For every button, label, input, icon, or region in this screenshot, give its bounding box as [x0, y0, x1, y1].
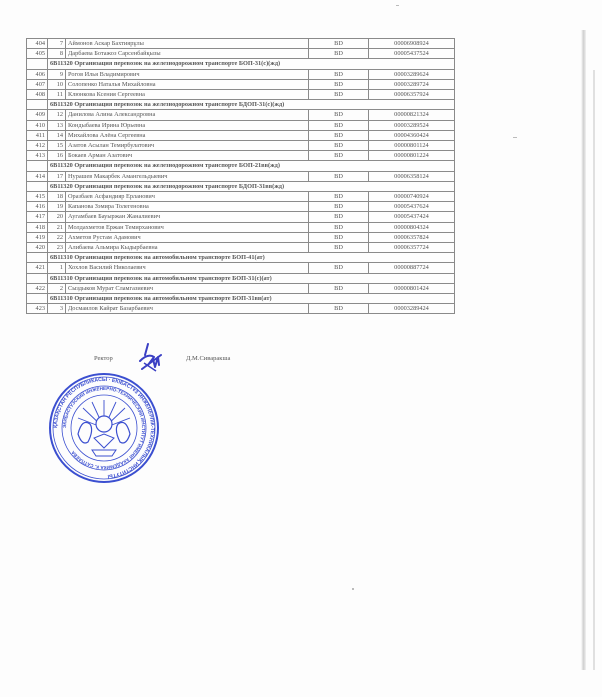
document-code: 00006908924 [369, 39, 455, 49]
group-index: 3 [48, 304, 66, 314]
table-row: 4047Аймонов Аскар БахтиярұлыBD0000690892… [27, 39, 455, 49]
language-code: BD [309, 39, 369, 49]
scan-speck [513, 137, 517, 138]
scan-speck [396, 5, 399, 6]
table-row: 4211Хохлов Василий НиколаевичBD000008877… [27, 263, 455, 273]
student-name: Азатов Асылан Темирбулатович [66, 141, 309, 151]
group-header-spacer [27, 161, 48, 171]
signature-icon [134, 343, 164, 375]
group-index: 8 [48, 49, 66, 59]
scan-shadow-edge-2 [593, 70, 595, 670]
group-index: 18 [48, 192, 66, 202]
table-row: 41821Молдахметов Ержан ТемирхановичBD000… [27, 222, 455, 232]
table-row: 42023Алибаева Альмира КыдырбаевнаBD00006… [27, 243, 455, 253]
rector-name: Д.М.Сиваракша [186, 355, 230, 362]
group-index: 11 [48, 90, 66, 100]
row-number: 414 [27, 171, 48, 181]
student-name: Сыздыков Мурат Сламгазиевич [66, 283, 309, 293]
student-name: Данилова Алина Александровна [66, 110, 309, 120]
official-seal-icon: ҚАЗАҚСТАН РЕСПУБЛИКАСЫ · ЕКІБАСТҰЗ ИНЖЕН… [48, 372, 160, 484]
student-name: Оразбаев Асфандияр Ерланович [66, 192, 309, 202]
document-code: 00003289524 [369, 120, 455, 130]
program-group-header: 6В11320 Организация перевозок на железно… [27, 161, 455, 171]
document-code: 00006358124 [369, 171, 455, 181]
rector-title: Ректор [94, 355, 113, 362]
document-code: 00000801124 [369, 141, 455, 151]
scanned-document-page: 4047Аймонов Аскар БахтиярұлыBD0000690892… [0, 0, 602, 697]
program-group-header: 6В11320 Организация перевозок на железно… [27, 100, 455, 110]
student-name: Бокаев Арман Азатович [66, 151, 309, 161]
student-name: Капанова Зэмира Толегеновна [66, 202, 309, 212]
table-row: 41417Нурашев Макарбек АмангельдыевичBD00… [27, 171, 455, 181]
row-number: 412 [27, 141, 48, 151]
group-index: 9 [48, 69, 66, 79]
language-code: BD [309, 243, 369, 253]
table-row: 4058Дарбаева Ботажоз СарсенбайқызыBD0000… [27, 49, 455, 59]
group-index: 19 [48, 202, 66, 212]
row-number: 410 [27, 120, 48, 130]
group-header-spacer [27, 273, 48, 283]
language-code: BD [309, 69, 369, 79]
group-header-spacer [27, 253, 48, 263]
program-group-header: 6В11320 Организация перевозок на железно… [27, 59, 455, 69]
student-name: Ахметов Рустам Адамович [66, 232, 309, 242]
language-code: BD [309, 151, 369, 161]
language-code: BD [309, 79, 369, 89]
group-header-spacer [27, 181, 48, 191]
table-row: 41720Аугамбаев Бауыржан ЖаналиевичBD0000… [27, 212, 455, 222]
language-code: BD [309, 120, 369, 130]
row-number: 417 [27, 212, 48, 222]
document-code: 00000887724 [369, 263, 455, 273]
document-code: 00003289724 [369, 79, 455, 89]
group-index: 23 [48, 243, 66, 253]
group-index: 20 [48, 212, 66, 222]
document-code: 00005437524 [369, 49, 455, 59]
table-row: 41316Бокаев Арман АзатовичBD00000801224 [27, 151, 455, 161]
scan-shadow-edge [581, 30, 586, 670]
program-group-header: 6В11310 Организация перевозок на автомоб… [27, 294, 455, 304]
language-code: BD [309, 263, 369, 273]
language-code: BD [309, 110, 369, 120]
program-group-header: 6В11310 Организация перевозок на автомоб… [27, 273, 455, 283]
table-row: 40912Данилова Алина АлександровнаBD00000… [27, 110, 455, 120]
table-row: 4222Сыздыков Мурат СламгазиевичBD0000080… [27, 283, 455, 293]
program-group-title: 6В11310 Организация перевозок на автомоб… [48, 294, 455, 304]
table-row: 41518Оразбаев Асфандияр ЕрлановичBD00000… [27, 192, 455, 202]
student-name: Аугамбаев Бауыржан Жаналиевич [66, 212, 309, 222]
table-row: 41619Капанова Зэмира ТолегеновнаBD000054… [27, 202, 455, 212]
program-group-title: 6В11320 Организация перевозок на железно… [48, 59, 455, 69]
row-number: 415 [27, 192, 48, 202]
student-name: Аймонов Аскар Бахтиярұлы [66, 39, 309, 49]
table-row: 41215Азатов Асылан ТемирбулатовичBD00000… [27, 141, 455, 151]
student-name: Молдахметов Ержан Темирханович [66, 222, 309, 232]
group-index: 12 [48, 110, 66, 120]
document-code: 00005437624 [369, 202, 455, 212]
row-number: 404 [27, 39, 48, 49]
document-code: 00003289424 [369, 304, 455, 314]
row-number: 407 [27, 79, 48, 89]
language-code: BD [309, 90, 369, 100]
student-name: Алибаева Альмира Кыдырбаевна [66, 243, 309, 253]
group-index: 14 [48, 130, 66, 140]
language-code: BD [309, 130, 369, 140]
program-group-title: 6В11320 Организация перевозок на железно… [48, 161, 455, 171]
student-name: Нурашев Макарбек Амангельдыевич [66, 171, 309, 181]
group-index: 17 [48, 171, 66, 181]
program-group-title: 6В11310 Организация перевозок на автомоб… [48, 273, 455, 283]
program-group-title: 6В11320 Организация перевозок на железно… [48, 181, 455, 191]
language-code: BD [309, 171, 369, 181]
group-index: 2 [48, 283, 66, 293]
scan-speck [352, 588, 354, 590]
group-index: 21 [48, 222, 66, 232]
document-code: 00000740924 [369, 192, 455, 202]
group-index: 15 [48, 141, 66, 151]
group-index: 7 [48, 39, 66, 49]
student-name: Солопенко Наталья Михайловна [66, 79, 309, 89]
document-code: 00000804324 [369, 222, 455, 232]
row-number: 420 [27, 243, 48, 253]
row-number: 406 [27, 69, 48, 79]
row-number: 416 [27, 202, 48, 212]
row-number: 421 [27, 263, 48, 273]
program-group-header: 6В11310 Организация перевозок на автомоб… [27, 253, 455, 263]
group-header-spacer [27, 100, 48, 110]
table-row: 41114Михайлова Алёна СергеевнаBD00004360… [27, 130, 455, 140]
table-row: 41013Кондыбаева Ирина ЮрьевнаBD000032895… [27, 120, 455, 130]
program-group-title: 6В11320 Организация перевозок на железно… [48, 100, 455, 110]
table-row: 4233Досмаилов Кайрат БазарбаевичBD000032… [27, 304, 455, 314]
language-code: BD [309, 141, 369, 151]
language-code: BD [309, 49, 369, 59]
program-group-title: 6В11310 Организация перевозок на автомоб… [48, 253, 455, 263]
row-number: 418 [27, 222, 48, 232]
student-roster-table: 4047Аймонов Аскар БахтиярұлыBD0000690892… [26, 38, 455, 314]
group-index: 1 [48, 263, 66, 273]
student-name: Досмаилов Кайрат Базарбаевич [66, 304, 309, 314]
document-code: 00006357724 [369, 243, 455, 253]
table-row: 4069Рогов Илья ВладимировичBD00003289624 [27, 69, 455, 79]
student-name: Кондыбаева Ирина Юрьевна [66, 120, 309, 130]
row-number: 408 [27, 90, 48, 100]
student-name: Хохлов Василий Николаевич [66, 263, 309, 273]
group-header-spacer [27, 59, 48, 69]
row-number: 405 [27, 49, 48, 59]
language-code: BD [309, 283, 369, 293]
document-code: 00000801224 [369, 151, 455, 161]
document-code: 00005437424 [369, 212, 455, 222]
document-code: 00000801424 [369, 283, 455, 293]
document-code: 00006357924 [369, 90, 455, 100]
document-code: 00003289624 [369, 69, 455, 79]
student-name: Дарбаева Ботажоз Сарсенбайқызы [66, 49, 309, 59]
program-group-header: 6В11320 Организация перевозок на железно… [27, 181, 455, 191]
document-code: 00006357824 [369, 232, 455, 242]
row-number: 419 [27, 232, 48, 242]
language-code: BD [309, 304, 369, 314]
document-code: 00004360424 [369, 130, 455, 140]
document-code: 00000821324 [369, 110, 455, 120]
language-code: BD [309, 232, 369, 242]
group-index: 10 [48, 79, 66, 89]
table-row: 40811Клюнкова Ксения СергеевнаBD00006357… [27, 90, 455, 100]
table-row: 40710Солопенко Наталья МихайловнаBD00003… [27, 79, 455, 89]
group-index: 22 [48, 232, 66, 242]
roster-body: 4047Аймонов Аскар БахтиярұлыBD0000690892… [27, 39, 455, 314]
student-name: Клюнкова Ксения Сергеевна [66, 90, 309, 100]
row-number: 413 [27, 151, 48, 161]
student-name: Рогов Илья Владимирович [66, 69, 309, 79]
group-index: 13 [48, 120, 66, 130]
table-row: 41922Ахметов Рустам АдамовичBD0000635782… [27, 232, 455, 242]
group-index: 16 [48, 151, 66, 161]
group-header-spacer [27, 294, 48, 304]
language-code: BD [309, 192, 369, 202]
row-number: 411 [27, 130, 48, 140]
student-name: Михайлова Алёна Сергеевна [66, 130, 309, 140]
language-code: BD [309, 222, 369, 232]
row-number: 409 [27, 110, 48, 120]
language-code: BD [309, 212, 369, 222]
row-number: 423 [27, 304, 48, 314]
row-number: 422 [27, 283, 48, 293]
language-code: BD [309, 202, 369, 212]
